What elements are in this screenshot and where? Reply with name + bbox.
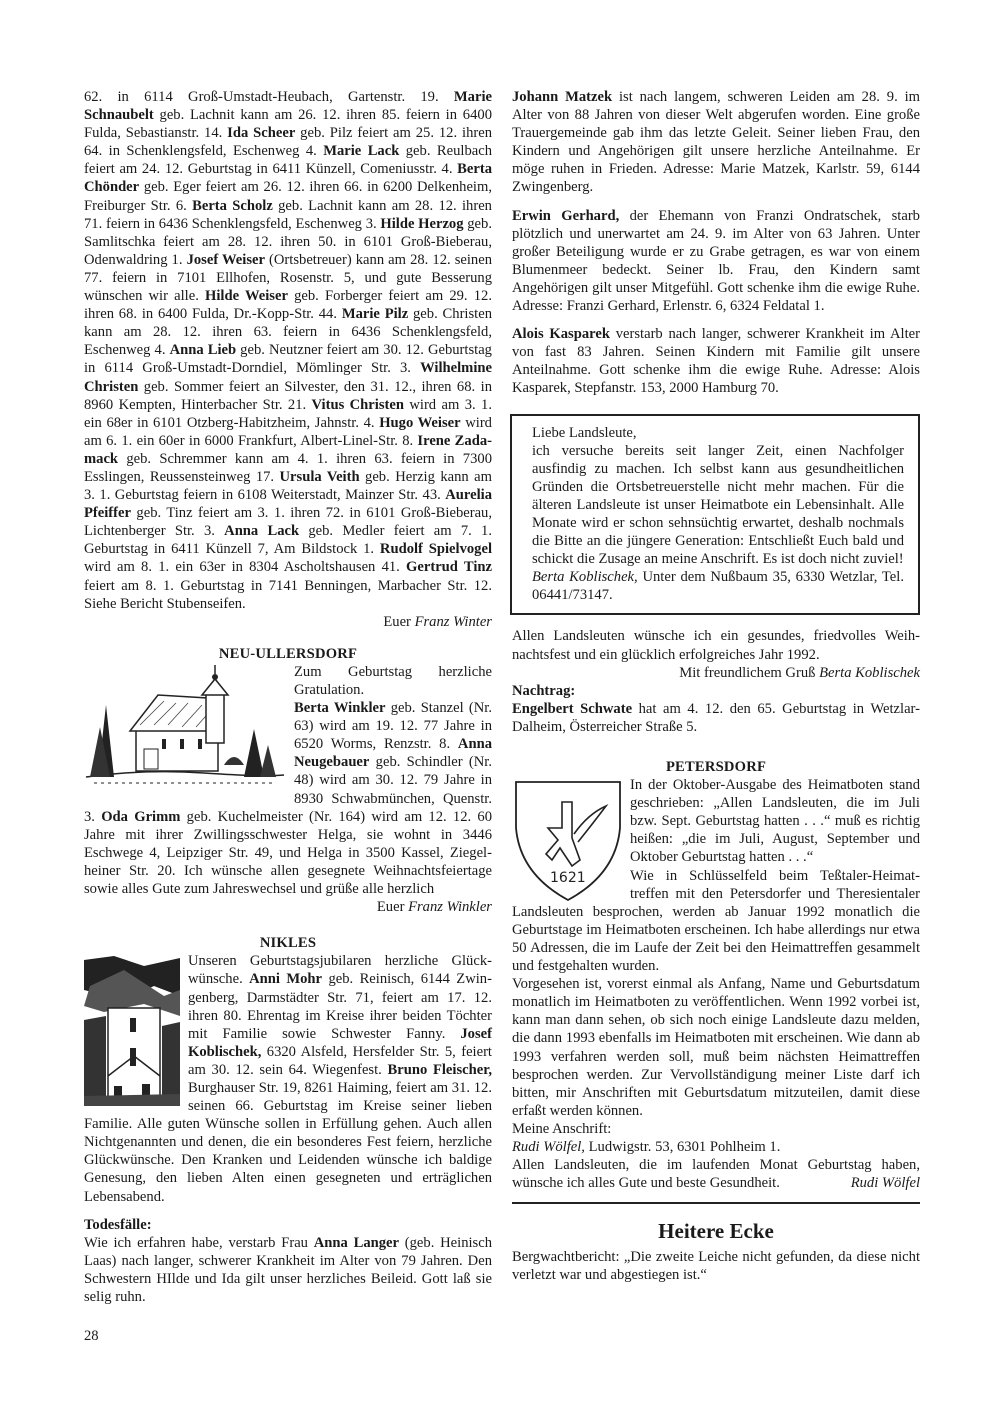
person-name: Oda Grimm (101, 809, 180, 825)
petersdorf-crest: 1621 (512, 778, 624, 902)
person-name: Engelbert Schwate (512, 701, 632, 717)
petersdorf-para3: Vorgesehen ist, vorerst einmal als Anfan… (512, 975, 920, 1120)
person-name: Alois Kasparek (512, 326, 610, 342)
section-heading-nikles: NIKLES (84, 934, 492, 952)
person-name: Gertrud Tinz (406, 559, 492, 575)
person-name: Marie Schnaubelt (84, 89, 492, 123)
person-name: Marie Pilz (342, 306, 408, 322)
appeal-signature-name: Berta Koblischek, (532, 569, 638, 585)
person-name: Berta Scholz (192, 198, 273, 214)
right-column: Johann Matzek ist nach langem, schweren … (512, 88, 920, 1284)
section-divider (512, 1202, 920, 1204)
person-name: Berta Winkler (294, 700, 385, 716)
section-nikles: Unseren Geburtstagsjubilaren herzliche G… (84, 952, 492, 1205)
signature-franz-winkler: Euer Franz Winkler (84, 898, 492, 916)
person-name: Josef Koblischek, (188, 1026, 492, 1060)
petersdorf-address: Rudi Wölfel, Ludwigstr. 53, 6301 Pohlhei… (512, 1138, 920, 1156)
person-name: Josef Weiser (187, 252, 265, 268)
person-name: Rudolf Spielvogel (380, 541, 492, 557)
village-photo-image (84, 956, 180, 1106)
signature-name: Franz Winter (415, 614, 492, 630)
heading-heitere-ecke: Heitere Ecke (512, 1218, 920, 1244)
section-heading-petersdorf: PETERSDORF (512, 758, 920, 776)
person-name: Anna Lieb (170, 342, 237, 358)
humor-text: Bergwachtbericht: „Die zweite Leiche nic… (512, 1248, 920, 1284)
person-name: Berta Chönder (84, 161, 492, 195)
obituary-alois-kasparek: Alois Kasparek verstarb nach langer, sch… (512, 325, 920, 397)
appeal-box: Liebe Landsleute, ich versuche bereits s… (510, 414, 920, 616)
person-name: Bruno Fleischer, (388, 1062, 492, 1078)
svg-text:1621: 1621 (550, 870, 586, 886)
addendum-text: Engelbert Schwate hat am 4. 12. den 65. … (512, 700, 920, 736)
deaths-text: Wie ich erfahren habe, verstarb Frau Ann… (84, 1234, 492, 1306)
person-name: Marie Lack (323, 143, 399, 159)
addendum-label: Nachtrag: (512, 682, 920, 700)
birthday-list-paragraph: 62. in 6114 Groß-Umstadt-Heubach, Garten… (84, 88, 492, 613)
appeal-salutation: Liebe Landsleute, (532, 424, 904, 442)
person-name: Hilde Herzog (380, 216, 463, 232)
coat-of-arms-shield-icon: 1621 (512, 778, 624, 902)
wishes-signature: Mit freundlichem Gruß Berta Koblischek (512, 664, 920, 682)
appeal-body: ich versuche bereits seit langer Zeit, e… (532, 442, 904, 569)
person-name: Hugo Weiser (379, 415, 460, 431)
signature-name: Franz Winkler (408, 899, 492, 915)
obituary-johann-matzek: Johann Matzek ist nach langem, schweren … (512, 88, 920, 197)
church-drawing-image (84, 665, 286, 793)
person-name: Erwin Gerhard, (512, 208, 619, 224)
person-name: Anna Langer (314, 1235, 399, 1251)
village-photo-icon (84, 956, 180, 1106)
petersdorf-address-label: Meine Anschrift: (512, 1120, 920, 1138)
person-name: Vitus Christen (312, 397, 404, 413)
signature-franz-winter: Euer Franz Winter (84, 613, 492, 631)
person-name: Anna Lack (224, 523, 299, 539)
section-petersdorf: 1621 In der Oktober-Ausgabe des Heimatbo… (512, 776, 920, 975)
person-name: Johann Matzek (512, 89, 612, 105)
petersdorf-closing: Allen Landsleuten, die im laufenden Mona… (512, 1156, 920, 1192)
person-name: Anna Neuge­bauer (294, 736, 492, 770)
section-heading-neu-ullersdorf: NEU-ULLERSDORF (84, 645, 492, 663)
person-name: Irene Zada­mack (84, 433, 492, 467)
deaths-label: Todesfälle: (84, 1216, 492, 1234)
person-name: Ursula Veith (280, 469, 360, 485)
closing-signature: Rudi Wölfel (851, 1174, 920, 1192)
address-name: Rudi Wölfel, (512, 1139, 585, 1155)
obituary-erwin-gerhard: Erwin Gerhard, der Ehemann von Franzi On… (512, 207, 920, 316)
signature-name: Berta Koblischek (819, 665, 920, 681)
section-neu-ullersdorf: Zum Geburtstag herzliche Gratulation.Ber… (84, 663, 492, 898)
page-number: 28 (84, 1328, 99, 1345)
left-column: 62. in 6114 Groß-Umstadt-Heubach, Garten… (84, 88, 492, 1306)
appeal-signature: Berta Koblischek, Unter dem Nußbaum 35, … (532, 568, 904, 604)
person-name: Aurelia Pfeiffer (84, 487, 492, 521)
wishes-text: Allen Landsleuten wünsche ich ein gesund… (512, 627, 920, 663)
person-name: Wilhelmine Christen (84, 360, 492, 394)
person-name: Ida Scheer (227, 125, 295, 141)
church-illustration-icon (84, 665, 286, 793)
person-name: Hilde Weiser (205, 288, 288, 304)
person-name: Anni Mohr (249, 971, 322, 987)
